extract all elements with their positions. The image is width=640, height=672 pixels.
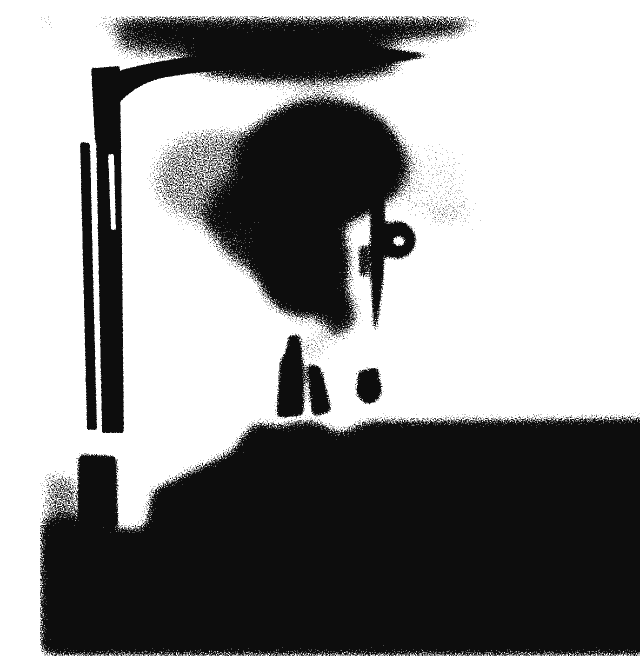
pole-top-chunk [91, 66, 121, 142]
hole-in-hook [392, 236, 406, 246]
hole-under-arm [138, 99, 236, 131]
lobe-tip [322, 290, 358, 338]
ground-left-speckle-wedge [40, 468, 86, 528]
photo-canvas [40, 16, 640, 656]
drip-short [358, 244, 368, 278]
sparse-trail [433, 209, 537, 229]
knuckle-blob [356, 374, 382, 404]
photo: Grainy monochrome photograph [40, 16, 640, 656]
